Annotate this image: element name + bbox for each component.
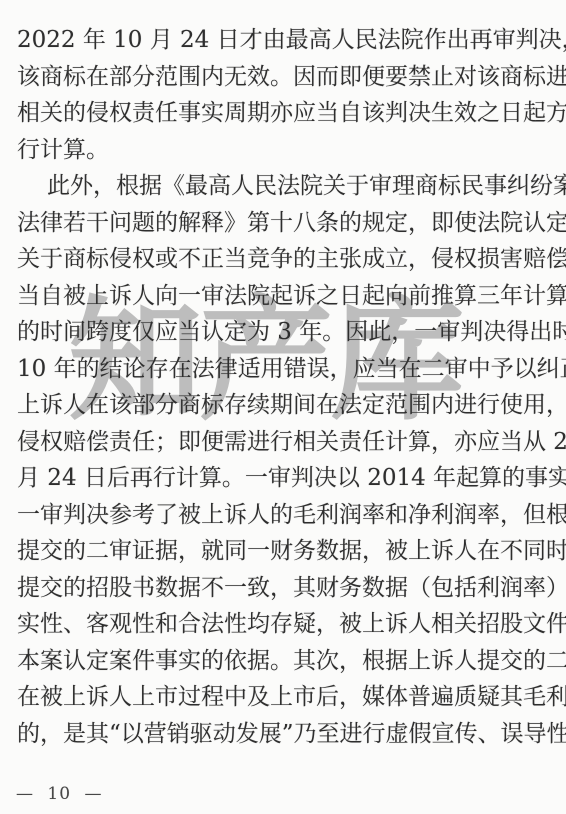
text-line: 月 24 日后再行计算。一审判决以 2014 年起算的事实认定错误。 xyxy=(17,460,551,497)
text-line: 此外，根据《最高人民法院关于审理商标民事纠纷案件适用 xyxy=(17,168,551,205)
text-line: 2022 年 10 月 24 日才由最高人民法院作出再审判决，确定宣告 xyxy=(17,22,551,59)
text-line: 行计算。 xyxy=(17,132,551,169)
text-line: 本案认定案件事实的依据。其次，根据上诉人提交的二审证据， xyxy=(17,643,551,680)
text-line: 该商标在部分范围内无效。因而即便要禁止对该商标进行使用， xyxy=(17,59,551,96)
page-number: — 10 — xyxy=(16,783,102,805)
document-body: 2022 年 10 月 24 日才由最高人民法院作出再审判决，确定宣告 该商标在… xyxy=(17,22,551,752)
text-line: 当自被上诉人向一审法院起诉之日起向前推算三年计算，即所谓 xyxy=(17,278,551,315)
text-line: 的时间跨度仅应当认定为 3 年。因此，一审判决得出时间跨度为 xyxy=(17,314,551,351)
text-line: 提交的招股书数据不一致，其财务数据（包括利润率）的实质真 xyxy=(17,570,551,607)
text-line: 的，是其“以营销驱动发展”乃至进行虚假宣传、误导性宣传的 xyxy=(17,716,551,753)
text-line: 实性、客观性和合法性均存疑，被上诉人相关招股文件不应作为 xyxy=(17,606,551,643)
text-line: 法律若干问题的解释》第十八条的规定，即使法院认定被上诉人 xyxy=(17,205,551,242)
text-line: 关于商标侵权或不正当竞争的主张成立，侵权损害赔偿数额也应 xyxy=(17,241,551,278)
text-line: 上诉人在该部分商标存续期间在法定范围内进行使用，并不承担 xyxy=(17,387,551,424)
text-line: 侵权赔偿责任；即便需进行相关责任计算，亦应当从 2022 年 10 xyxy=(17,424,551,461)
text-line: 一审判决参考了被上诉人的毛利润率和净利润率，但根据上诉人 xyxy=(17,497,551,534)
text-line: 相关的侵权责任事实周期亦应当自该判决生效之日起方才可进 xyxy=(17,95,551,132)
text-line: 在被上诉人上市过程中及上市后，媒体普遍质疑其毛利润率虚高 xyxy=(17,679,551,716)
text-line: 10 年的结论存在法律适用错误，应当在二审中予以纠正。综上， xyxy=(17,351,551,388)
document-page: 知产库 2022 年 10 月 24 日才由最高人民法院作出再审判决，确定宣告 … xyxy=(0,0,566,814)
text-line: 提交的二审证据，就同一财务数据，被上诉人在不同时期公布、 xyxy=(17,533,551,570)
